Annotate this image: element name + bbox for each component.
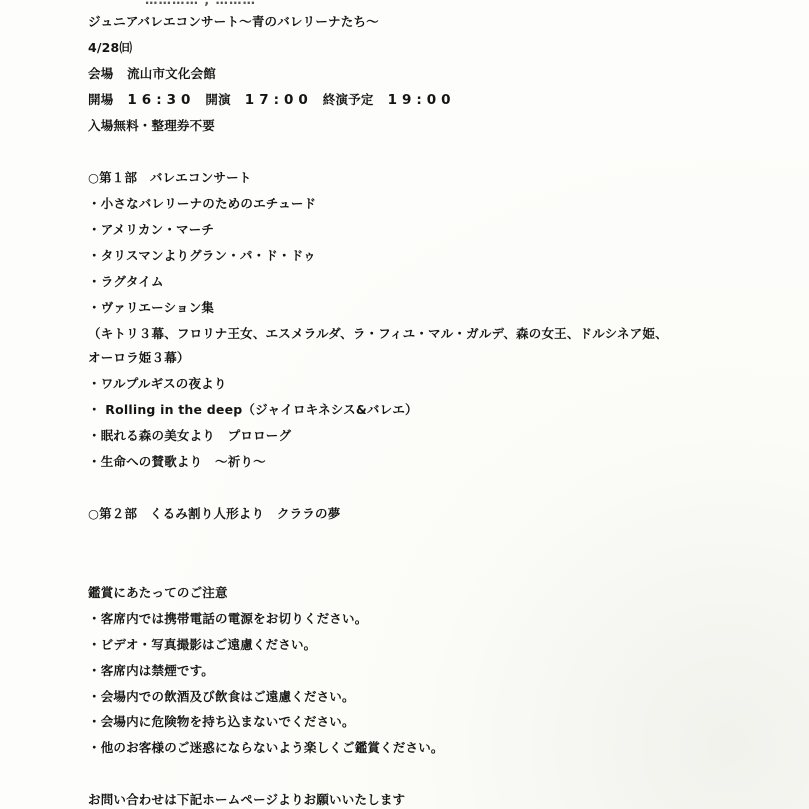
part1-heading: ○第１部 バレエコンサート	[88, 170, 252, 186]
notice-item: ・客席内では携帯電話の電源をお切りください。	[88, 611, 367, 627]
admission-note: 入場無料・整理券不要	[88, 118, 215, 134]
venue-label: 会場	[88, 66, 113, 81]
open-label: 開場	[88, 92, 113, 107]
program-item: ・ Rolling in the deep（ジャイロキネシス&バレエ）	[88, 402, 418, 418]
notice-item: ・ビデオ・写真撮影はご遠慮ください。	[88, 637, 316, 653]
end-label: 終演予定	[323, 92, 374, 107]
program-item: ・ラグタイム	[88, 274, 164, 290]
notice-heading: 鑑賞にあたってのご注意	[88, 585, 228, 601]
program-item: ・ヴァリエーション集	[88, 300, 214, 316]
start-time: 17:00	[245, 92, 313, 108]
notice-item: ・客席内は禁煙です。	[88, 663, 214, 679]
times-line: 開場16:30開演17:00終演予定19:00	[88, 92, 466, 108]
concert-date: 4/28㈰	[88, 40, 132, 56]
contact-note: お問い合わせは下記ホームページよりお願いいたします	[88, 792, 405, 808]
notice-item: ・会場内に危険物を持ち込まないでください。	[88, 714, 355, 730]
concert-title: ジュニアバレエコンサート～青のバレリーナたち～	[88, 14, 379, 30]
open-time: 16:30	[127, 92, 195, 108]
program-item: ・ワルプルギスの夜より	[88, 376, 227, 392]
start-label: 開演	[205, 92, 230, 107]
program-item: ・眠れる森の美女より プロローグ	[88, 428, 291, 444]
cut-off-line: ………… , ………	[145, 0, 256, 8]
program-item: ・アメリカン・マーチ	[88, 222, 214, 238]
venue-line: 会場 流山市文化会館	[88, 66, 216, 82]
notice-item: ・会場内での飲酒及び飲食はご遠慮ください。	[88, 689, 355, 705]
variation-list-cont: オーロラ姫３幕）	[88, 350, 190, 366]
end-time: 19:00	[388, 92, 456, 108]
part2-heading: ○第２部 くるみ割り人形より クララの夢	[88, 506, 340, 522]
venue-value: 流山市文化会館	[127, 66, 216, 81]
program-item: ・生命への賛歌より ～祈り～	[88, 454, 266, 470]
variation-list: （キトリ３幕、フロリナ王女、エスメラルダ、ラ・フィユ・マル・ガルデ、森の女王、ド…	[88, 326, 668, 342]
program-item: ・タリスマンよりグラン・パ・ド・ドゥ	[88, 248, 316, 264]
scanned-page: ………… , ……… ジュニアバレエコンサート～青のバレリーナたち～ 4/28㈰…	[0, 0, 809, 809]
notice-item: ・他のお客様のご迷惑にならないよう楽しくご鑑賞ください。	[88, 740, 444, 756]
program-item: ・小さなバレリーナのためのエチュード	[88, 196, 316, 212]
